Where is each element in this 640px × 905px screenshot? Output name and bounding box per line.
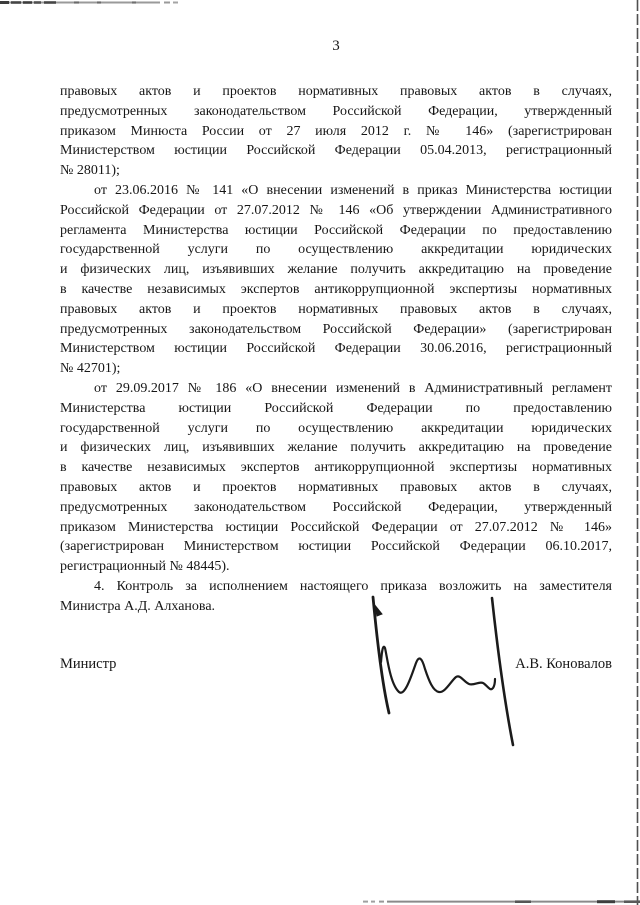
document-line: в качестве независимых экспертов антикор… xyxy=(60,458,612,478)
document-line: Российской Федерации от 27.07.2012 № 146… xyxy=(60,201,612,221)
document-line: регистрационный № 48445). xyxy=(60,557,612,577)
document-page: 3 правовых актов и проектов нормативных … xyxy=(0,0,640,905)
signoff-row: Министр А.В. Коновалов xyxy=(60,656,612,673)
paragraph: от 29.09.2017 № 186 «О внесении изменени… xyxy=(60,379,612,577)
document-line: приказом Минюста России от 27 июля 2012 … xyxy=(60,122,612,142)
document-line: и физических лиц, изъявивших желание пол… xyxy=(60,438,612,458)
document-line: № 42701); xyxy=(60,359,612,379)
paragraph: правовых актов и проектов нормативных пр… xyxy=(60,82,612,181)
scan-artifact-top-line-icon xyxy=(0,0,200,8)
signature-icon xyxy=(352,584,522,764)
document-line: и физических лиц, изъявивших желание пол… xyxy=(60,260,612,280)
document-line: приказом Министерства юстиции Российской… xyxy=(60,518,612,538)
document-line: от 23.06.2016 № 141 «О внесении изменени… xyxy=(60,181,612,201)
document-line: от 29.09.2017 № 186 «О внесении изменени… xyxy=(60,379,612,399)
document-body: правовых актов и проектов нормативных пр… xyxy=(60,82,612,617)
document-line: Министерства юстиции Российской Федераци… xyxy=(60,399,612,419)
document-line: предусмотренных законодательством Россий… xyxy=(60,498,612,518)
document-line: правовых актов и проектов нормативных пр… xyxy=(60,478,612,498)
paragraph: 4. Контроль за исполнением настоящего пр… xyxy=(60,577,612,617)
signer-title: Министр xyxy=(60,656,116,673)
scan-artifact-bottom-line-icon xyxy=(0,895,640,905)
paragraph: от 23.06.2016 № 141 «О внесении изменени… xyxy=(60,181,612,379)
document-line: (зарегистрирован Министерством юстиции Р… xyxy=(60,537,612,557)
document-line: предусмотренных законодательством Россий… xyxy=(60,320,612,340)
document-line: Министерством юстиции Российской Федерац… xyxy=(60,339,612,359)
document-line: Министерством юстиции Российской Федерац… xyxy=(60,141,612,161)
signer-name: А.В. Коновалов xyxy=(515,656,612,673)
document-line: 4. Контроль за исполнением настоящего пр… xyxy=(60,577,612,597)
document-line: государственной услуги по осуществлению … xyxy=(60,419,612,439)
document-line: Министра А.Д. Алханова. xyxy=(60,597,612,617)
document-line: предусмотренных законодательством Россий… xyxy=(60,102,612,122)
document-line: правовых актов и проектов нормативных пр… xyxy=(60,82,612,102)
page-number: 3 xyxy=(60,38,612,55)
document-line: в качестве независимых экспертов антикор… xyxy=(60,280,612,300)
document-line: № 28011); xyxy=(60,161,612,181)
document-line: государственной услуги по осуществлению … xyxy=(60,240,612,260)
document-line: правовых актов и проектов нормативных пр… xyxy=(60,300,612,320)
document-line: регламента Министерства юстиции Российск… xyxy=(60,221,612,241)
